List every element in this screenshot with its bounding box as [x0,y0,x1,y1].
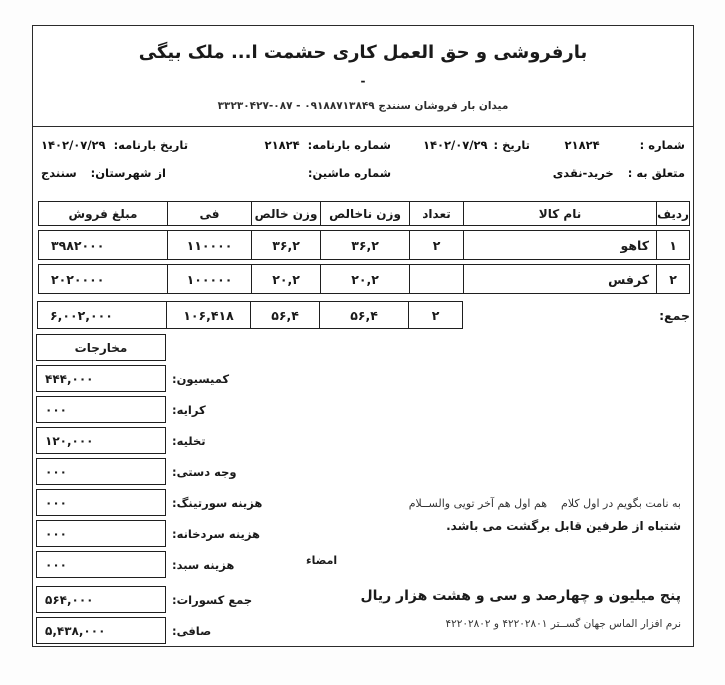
fare-label: کرایه: [172,403,206,417]
expense-row-unloading: ۱۲۰,۰۰۰ تخلیه: [36,427,336,454]
waybill-number-label: شماره بارنامه: [308,138,391,152]
basket-cost-value: ۰۰۰ [36,551,166,578]
expense-row-basket: ۰۰۰ هزینه سبد: [36,551,336,578]
total-gross-weight-cell: ۵۶,۴ [319,301,409,329]
belongs-to-field: متعلق به : خرید-نقدی [553,166,685,180]
belongs-to-label: متعلق به : [628,166,685,180]
expense-row-fare: ۰۰۰ کرایه: [36,396,336,423]
waybill-number-value: ۲۱۸۲۴ [265,138,300,152]
header-divider [33,126,693,127]
net-weight-cell: ۲۰,۲ [251,264,321,294]
expenses-header: مخارجات [36,334,336,361]
unit-price-cell: ۱۰۰۰۰۰ [167,264,252,294]
basket-cost-label: هزینه سبد: [172,558,234,572]
from-city-label: از شهرستان: [91,166,166,180]
commission-value: ۴۴۴,۰۰۰ [36,365,166,392]
cold-storage-label: هزینه سردخانه: [172,527,260,541]
col-header-net-weight: وزن خالص [251,201,321,226]
expense-row-sorting: ۰۰۰ هزینه سورتینگ: [36,489,336,516]
items-table-header-row: ردیف نام کالا تعداد وزن ناخالص وزن خالص … [36,201,690,226]
total-deductions-value: ۵۶۴,۰۰۰ [36,586,166,613]
commission-label: کمیسیون: [172,372,229,386]
sorting-cost-value: ۰۰۰ [36,489,166,516]
expenses-section: مخارجات ۴۴۴,۰۰۰ کمیسیون: ۰۰۰ کرایه: ۱۲۰,… [36,334,336,648]
machine-number-field: شماره ماشین: [300,166,391,180]
amount-in-words: پنج میلیون و چهارصد و سی و هشت هزار ریال [360,588,681,604]
col-header-count: تعداد [409,201,464,226]
waybill-date-value: ۱۴۰۲/۰۷/۲۹ [41,138,106,152]
gross-weight-cell: ۲۰,۲ [320,264,410,294]
expense-row-cold-storage: ۰۰۰ هزینه سردخانه: [36,520,336,547]
col-header-sale-amount: مبلغ فروش [38,201,168,226]
sale-amount-cell: ۲۰۲۰۰۰۰ [38,264,168,294]
business-title: بارفروشی و حق العمل کاری حشمت ا... ملک ب… [33,42,693,63]
title-dash: - [33,74,693,88]
invoice-number-value: ۲۱۸۲۴ [565,138,600,152]
from-city-field: از شهرستان: سنندج [41,166,166,180]
invoice-date-label: تاریخ : [494,138,530,152]
sale-amount-cell: ۳۹۸۲۰۰۰ [38,230,168,260]
total-label: جمع: [462,301,690,329]
col-header-item-name: نام کالا [463,201,657,226]
address-phone-line: میدان بار فروشان سنندج ۰۹۱۸۸۷۱۳۸۴۹ - ۰۸۷… [33,100,693,112]
sorting-cost-label: هزینه سورتینگ: [172,496,262,510]
row-number-cell: ۱ [656,230,690,260]
waybill-date-label: تاریخ بارنامه: [114,138,188,152]
net-amount-value: ۵,۴۳۸,۰۰۰ [36,617,166,644]
unit-price-cell: ۱۱۰۰۰۰ [167,230,252,260]
expenses-title: مخارجات [36,334,166,361]
item-name-cell: کاهو [463,230,657,260]
items-table: ردیف نام کالا تعداد وزن ناخالص وزن خالص … [36,201,690,329]
total-deductions-row: ۵۶۴,۰۰۰ جمع کسورات: [36,586,336,613]
expense-row-hand-payment: ۰۰۰ وجه دستی: [36,458,336,485]
waybill-date-field: تاریخ بارنامه: ۱۴۰۲/۰۷/۲۹ [41,138,188,152]
gross-weight-cell: ۳۶,۲ [320,230,410,260]
unloading-label: تخلیه: [172,434,206,448]
col-header-gross-weight: وزن ناخالص [320,201,410,226]
return-policy-note: شتباه از طرفین قابل برگشت می باشد. [446,519,681,533]
signature-label: امضاء [306,554,337,567]
net-weight-cell: ۳۶,۲ [251,230,321,260]
net-amount-label: صافی: [172,624,211,638]
item-name-cell: کرفس [463,264,657,294]
invoice-number-label: شماره : [640,138,685,152]
fare-value: ۰۰۰ [36,396,166,423]
invoice-frame: بارفروشی و حق العمل کاری حشمت ا... ملک ب… [32,25,694,647]
waybill-number-field: شماره بارنامه: ۲۱۸۲۴ [265,138,391,152]
total-sale-amount-cell: ۶,۰۰۲,۰۰۰ [37,301,167,329]
total-net-weight-cell: ۵۶,۴ [250,301,320,329]
expense-row-commission: ۴۴۴,۰۰۰ کمیسیون: [36,365,336,392]
col-header-unit-price: فی [167,201,252,226]
hand-payment-value: ۰۰۰ [36,458,166,485]
software-credit-line: نرم افزار الماس جهان گســتر ۴۲۲۰۲۸۰۱ و ۴… [445,618,681,630]
net-amount-row: ۵,۴۳۸,۰۰۰ صافی: [36,617,336,644]
poem-line: به نامت بگویم در اول کلام هم اول هم آخر … [409,497,681,510]
from-city-value: سنندج [41,166,77,180]
cold-storage-value: ۰۰۰ [36,520,166,547]
invoice-number-field: شماره : ۲۱۸۲۴ [565,138,685,152]
invoice-date-value: ۱۴۰۲/۰۷/۲۹ [423,138,488,152]
unloading-value: ۱۲۰,۰۰۰ [36,427,166,454]
count-cell: ۲ [409,230,464,260]
table-row: ۲ کرفس ۲۰,۲ ۲۰,۲ ۱۰۰۰۰۰ ۲۰۲۰۰۰۰ [36,264,690,294]
invoice-date-field: تاریخ : ۱۴۰۲/۰۷/۲۹ [423,138,530,152]
table-total-row: جمع: ۲ ۵۶,۴ ۵۶,۴ ۱۰۶,۴۱۸ ۶,۰۰۲,۰۰۰ [36,301,690,329]
hand-payment-label: وجه دستی: [172,465,237,479]
total-unit-price-cell: ۱۰۶,۴۱۸ [166,301,251,329]
table-row: ۱ کاهو ۲ ۳۶,۲ ۳۶,۲ ۱۱۰۰۰۰ ۳۹۸۲۰۰۰ [36,230,690,260]
col-header-row-number: ردیف [656,201,690,226]
row-number-cell: ۲ [656,264,690,294]
invoice-page: { "header": { "title": "بارفروشی و حق ال… [0,0,725,685]
machine-number-label: شماره ماشین: [308,166,391,180]
count-cell [409,264,464,294]
belongs-to-value: خرید-نقدی [553,166,614,180]
total-count-cell: ۲ [408,301,463,329]
total-deductions-label: جمع کسورات: [172,593,252,607]
